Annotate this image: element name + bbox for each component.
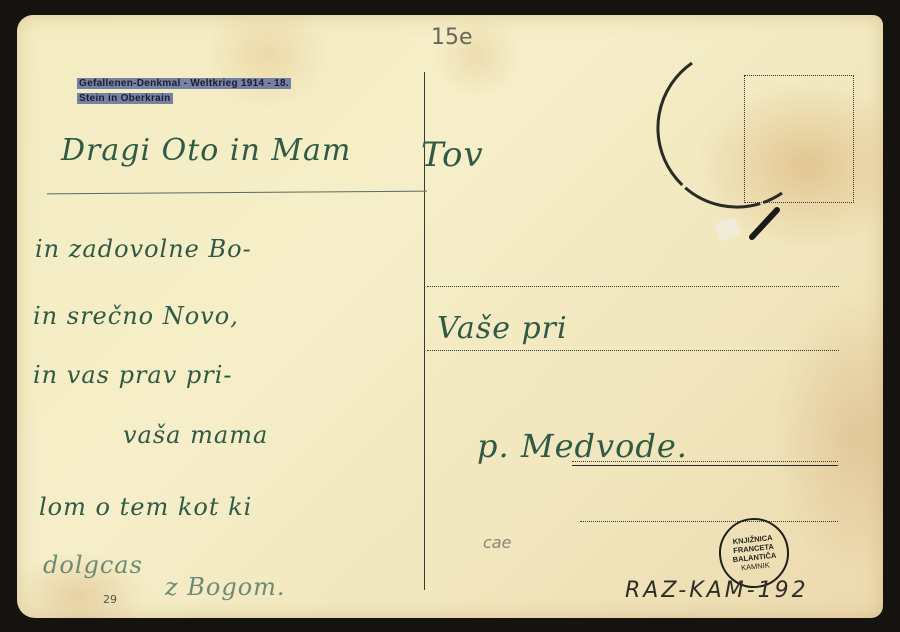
address-dotted-line-2 [427,350,839,351]
postcard: Gefallenen-Denkmal - Weltkrieg 1914 - 18… [17,15,883,618]
address-line-1: Tov [421,135,484,175]
address-line-3: p. Medvode. [477,427,688,465]
address-underline [572,465,838,466]
message-line-7: dolgcas [43,551,143,579]
archive-code: RAZ-KAM-192 [625,578,809,603]
address-dotted-line-1 [427,286,839,287]
address-line-2: Vaše pri [437,311,568,346]
message-line-6: lom o tem kot ki [39,493,252,521]
library-stamp-line-4: KAMNIK [741,560,771,572]
message-line-2: in zadovolne Bo- [35,235,252,263]
pencil-note: cae [483,533,511,552]
message-line-1: Dragi Oto in Mam [61,133,351,168]
message-line-3: in srečno Novo, [33,302,239,330]
message-line-8: z Bogom. [165,573,286,601]
pencil-number: 29 [103,593,117,606]
address-dotted-line-3 [572,461,838,462]
address-dotted-line-4 [580,521,838,522]
message-line-4: in vas prav pri- [33,361,233,389]
message-line-5: vaša mama [123,421,268,449]
